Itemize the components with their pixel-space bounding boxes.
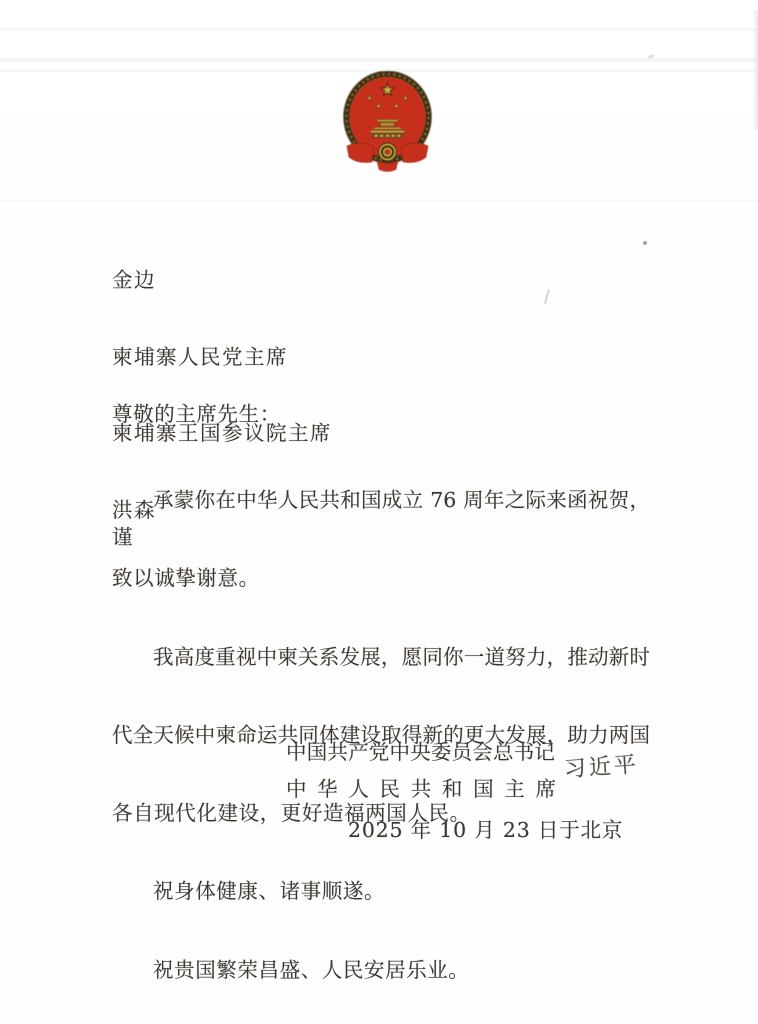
recipient-city: 金边 (112, 263, 332, 299)
body-line: 祝贵国繁荣昌盛、人民安居乐业。 (112, 952, 650, 989)
national-emblem-of-china-icon (340, 71, 435, 174)
scan-band (0, 58, 758, 62)
body-line: 承蒙你在中华人民共和国成立 76 周年之际来函祝贺，谨 (112, 482, 650, 519)
body-line: 祝身体健康、诸事顺遂。 (112, 873, 650, 910)
salutation: 尊敬的主席先生： (112, 404, 281, 425)
letter-page: 金边 柬埔寨人民党主席 柬埔寨王国参议院主席 洪森 尊敬的主席先生： 承蒙你在中… (0, 0, 758, 1024)
signature-name: 习近平 (563, 754, 639, 781)
scan-band (0, 28, 758, 31)
signature-title-general-secretary: 中国共产党中央委员会总书记 (286, 742, 555, 763)
scan-speck (544, 289, 550, 304)
scan-speck (648, 54, 655, 59)
recipient-title-party: 柬埔寨人民党主席 (112, 340, 332, 376)
letter-body: 承蒙你在中华人民共和国成立 76 周年之际来函祝贺，谨 致以诚挚谢意。 我高度重… (112, 441, 650, 1024)
body-line: 我高度重视中柬关系发展，愿同你一道努力，推动新时 (112, 639, 650, 676)
body-line: 致以诚挚谢意。 (112, 560, 650, 597)
scan-speck (643, 241, 647, 245)
scan-band (0, 200, 758, 202)
date-line: 2025 年 10 月 23 日于北京 (348, 820, 623, 841)
signature-title-president: 中华人民共和国主席 (286, 779, 556, 800)
